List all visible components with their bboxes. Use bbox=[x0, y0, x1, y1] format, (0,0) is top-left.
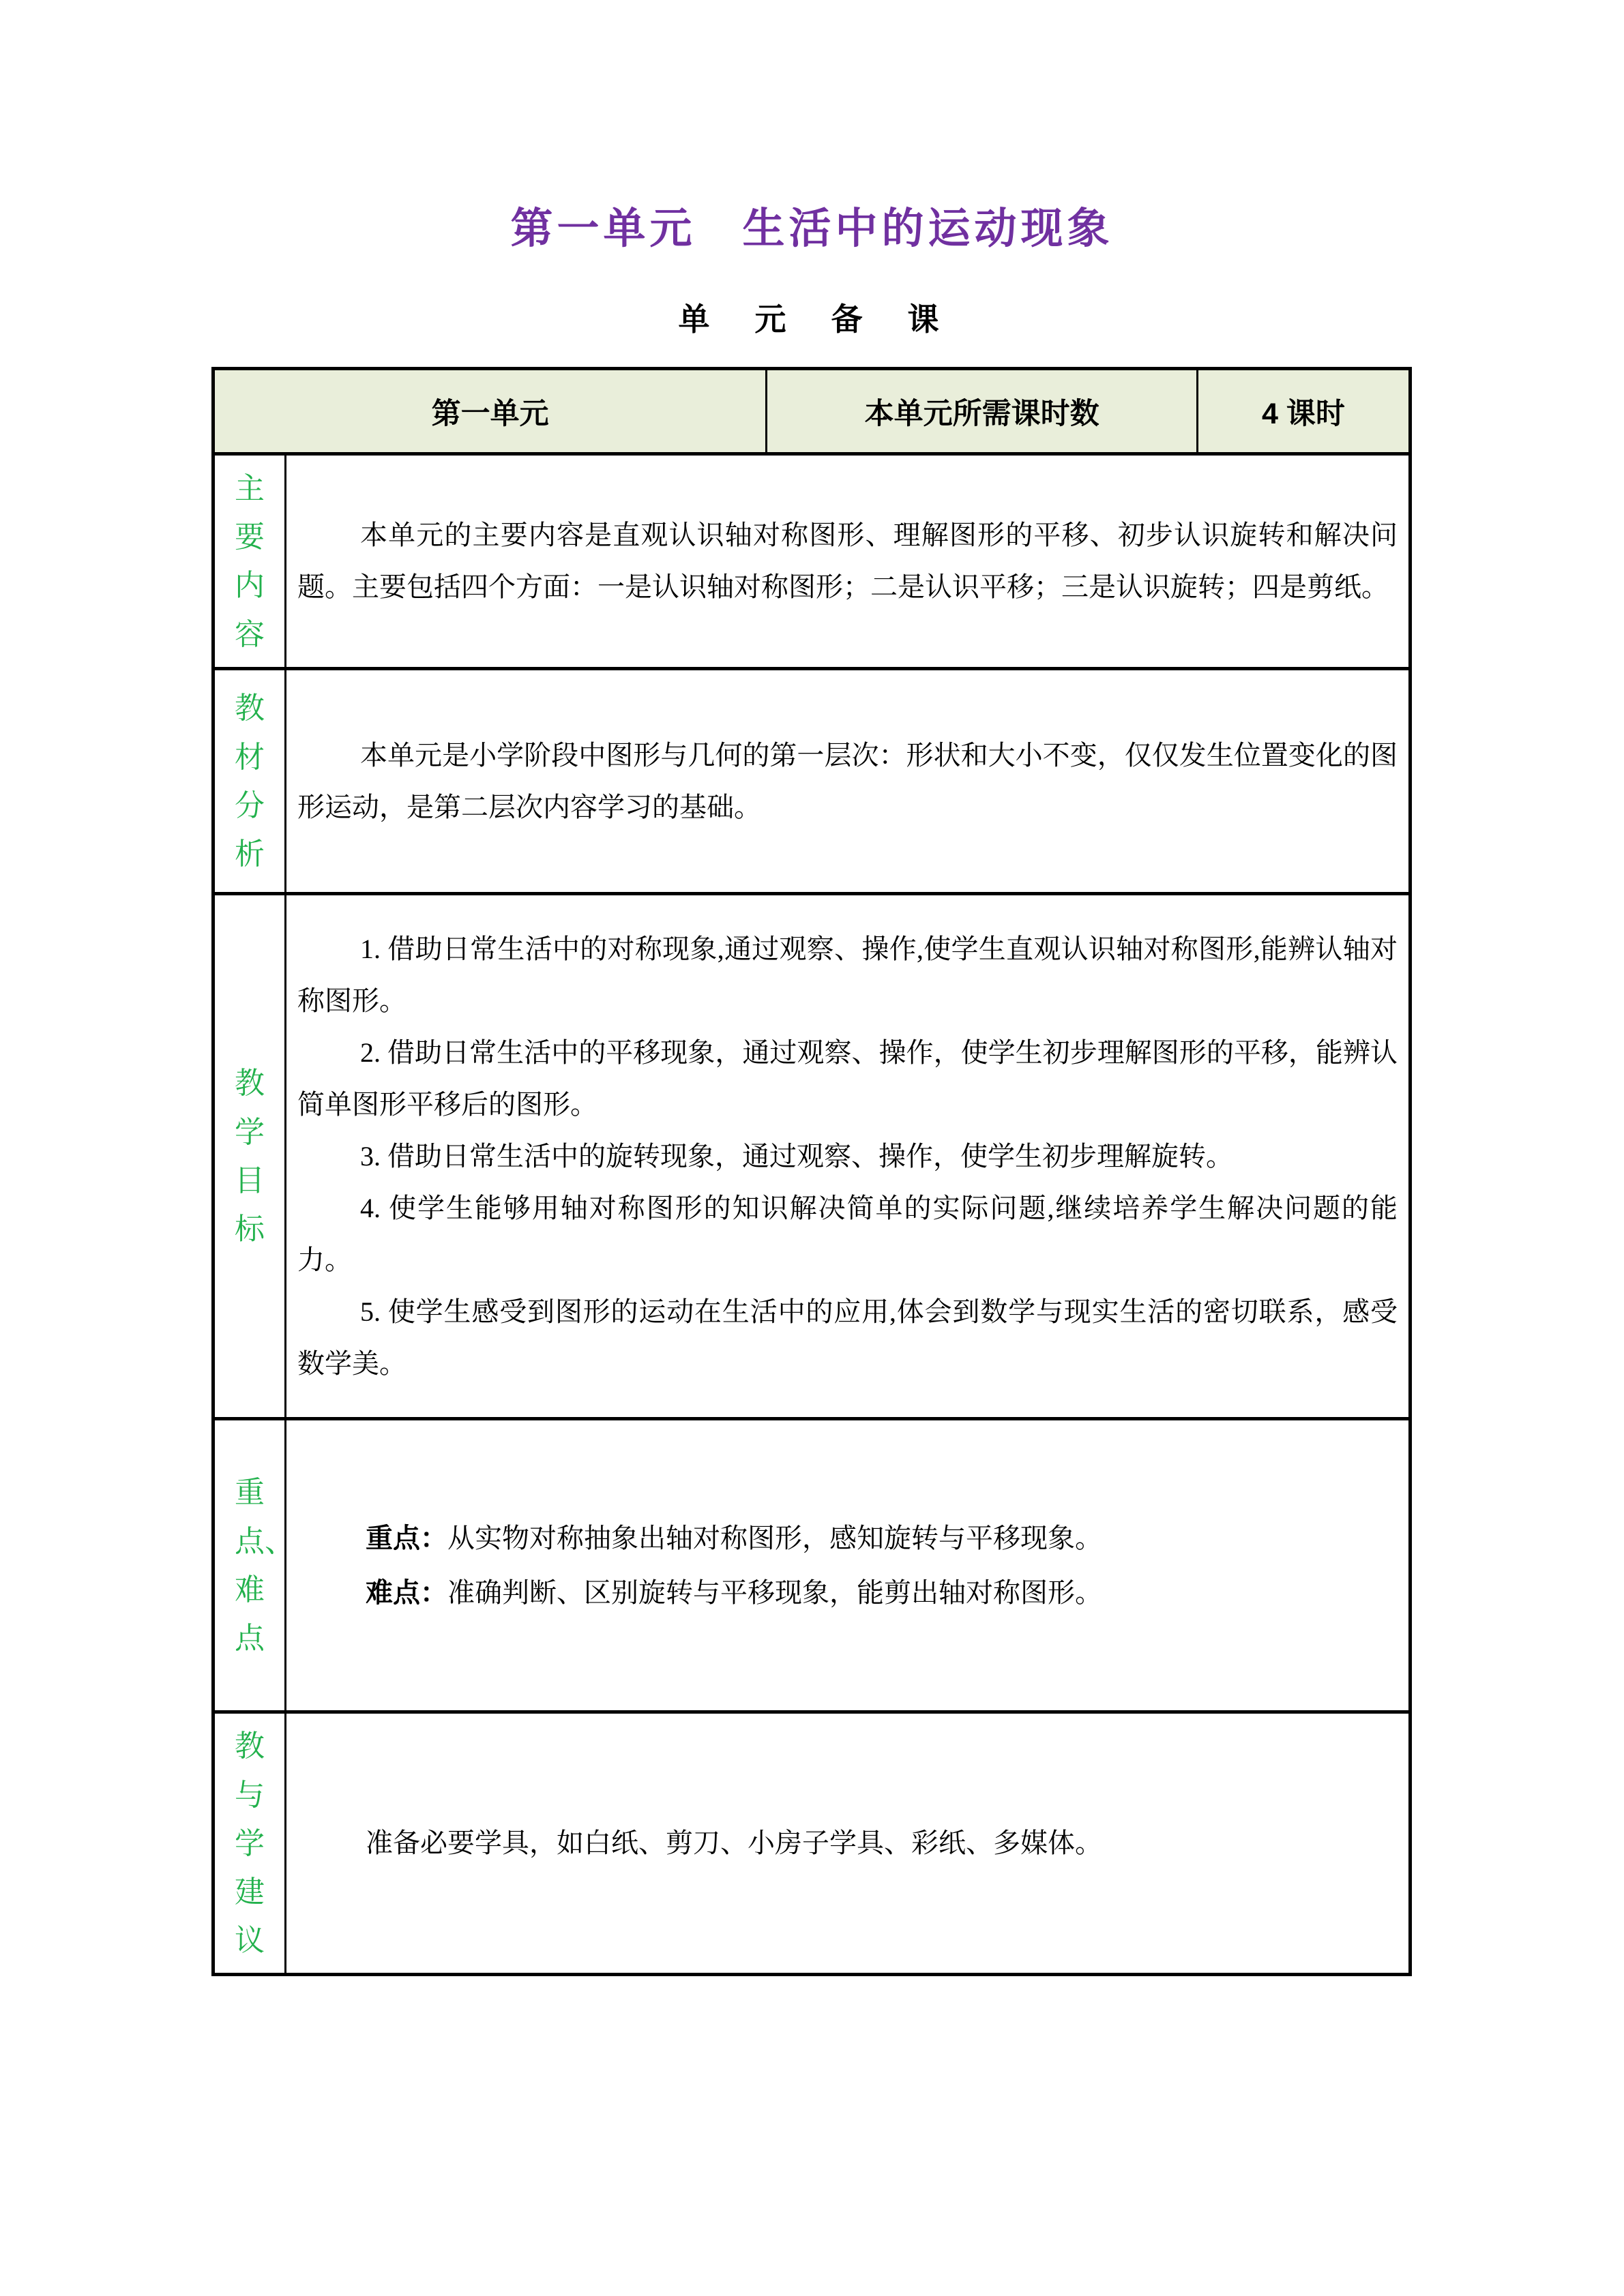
row-content-teaching-suggestions: 准备必要学具，如白纸、剪刀、小房子学具、彩纸、多媒体。 bbox=[286, 1714, 1408, 1973]
paragraph: 本单元的主要内容是直观认识轴对称图形、理解图形的平移、初步认识旋转和解决问题。主… bbox=[297, 509, 1398, 613]
goal-item-4: 4. 使学生能够用轴对称图形的知识解决简单的实际问题,继续培养学生解决问题的能力… bbox=[297, 1182, 1398, 1286]
paragraph: 本单元是小学阶段中图形与几何的第一层次：形状和大小不变，仅仅发生位置变化的图形运… bbox=[297, 730, 1398, 833]
row-content-teaching-goals: 1. 借助日常生活中的对称现象,通过观察、操作,使学生直观认识轴对称图形,能辨认… bbox=[286, 895, 1408, 1417]
row-label-text: 教学目标 bbox=[235, 1059, 265, 1253]
difficult-point-prefix: 难点： bbox=[366, 1578, 447, 1608]
unit-plan-table: 第一单元 本单元所需课时数 4 课时 主要内容 本单元的主要内容是直观认识轴对称… bbox=[211, 367, 1412, 1976]
row-label-teaching-suggestions: 教与学建议 bbox=[215, 1714, 286, 1973]
row-label-text: 主要内容 bbox=[235, 464, 265, 659]
table-row-textbook-analysis: 教材分析 本单元是小学阶段中图形与几何的第一层次：形状和大小不变，仅仅发生位置变… bbox=[215, 670, 1408, 895]
table-row-key-difficult-points: 重点、难点 重点：从实物对称抽象出轴对称图形，感知旋转与平移现象。 难点：准确判… bbox=[215, 1420, 1408, 1714]
page-title: 第一单元 生活中的运动现象 bbox=[0, 205, 1624, 253]
key-point-line: 重点：从实物对称抽象出轴对称图形，感知旋转与平移现象。 bbox=[297, 1511, 1398, 1566]
header-cell-hours-value: 4 课时 bbox=[1198, 370, 1408, 452]
page-subtitle: 单 元 备 课 bbox=[0, 301, 1624, 338]
suggestion-text: 准备必要学具，如白纸、剪刀、小房子学具、彩纸、多媒体。 bbox=[297, 1817, 1398, 1869]
difficult-point-line: 难点：准确判断、区别旋转与平移现象，能剪出轴对称图形。 bbox=[297, 1566, 1398, 1620]
row-content-key-difficult-points: 重点：从实物对称抽象出轴对称图形，感知旋转与平移现象。 难点：准确判断、区别旋转… bbox=[286, 1420, 1408, 1710]
row-label-text: 教与学建议 bbox=[235, 1722, 265, 1965]
key-point-prefix: 重点： bbox=[366, 1523, 447, 1553]
goal-item-1: 1. 借助日常生活中的对称现象,通过观察、操作,使学生直观认识轴对称图形,能辨认… bbox=[297, 923, 1398, 1027]
table-row-teaching-goals: 教学目标 1. 借助日常生活中的对称现象,通过观察、操作,使学生直观认识轴对称图… bbox=[215, 895, 1408, 1420]
goal-item-3: 3. 借助日常生活中的旋转现象，通过观察、操作，使学生初步理解旋转。 bbox=[297, 1131, 1398, 1182]
row-content-main-content: 本单元的主要内容是直观认识轴对称图形、理解图形的平移、初步认识旋转和解决问题。主… bbox=[286, 456, 1408, 667]
row-label-text: 重点、难点 bbox=[235, 1468, 265, 1663]
row-label-text: 教材分析 bbox=[235, 684, 265, 878]
row-label-textbook-analysis: 教材分析 bbox=[215, 670, 286, 892]
row-label-teaching-goals: 教学目标 bbox=[215, 895, 286, 1417]
goal-item-5: 5. 使学生感受到图形的运动在生活中的应用,体会到数学与现实生活的密切联系，感受… bbox=[297, 1286, 1398, 1390]
table-header-row: 第一单元 本单元所需课时数 4 课时 bbox=[215, 370, 1408, 456]
header-cell-unit: 第一单元 bbox=[215, 370, 767, 452]
table-row-teaching-suggestions: 教与学建议 准备必要学具，如白纸、剪刀、小房子学具、彩纸、多媒体。 bbox=[215, 1714, 1408, 1973]
header-cell-hours-label: 本单元所需课时数 bbox=[767, 370, 1198, 452]
row-label-key-difficult-points: 重点、难点 bbox=[215, 1420, 286, 1710]
difficult-point-text: 准确判断、区别旋转与平移现象，能剪出轴对称图形。 bbox=[447, 1577, 1102, 1608]
key-point-text: 从实物对称抽象出轴对称图形，感知旋转与平移现象。 bbox=[447, 1523, 1102, 1553]
goal-item-2: 2. 借助日常生活中的平移现象，通过观察、操作，使学生初步理解图形的平移，能辨认… bbox=[297, 1027, 1398, 1131]
document-page: 第一单元 生活中的运动现象 单 元 备 课 第一单元 本单元所需课时数 4 课时… bbox=[0, 0, 1624, 2296]
table-row-main-content: 主要内容 本单元的主要内容是直观认识轴对称图形、理解图形的平移、初步认识旋转和解… bbox=[215, 456, 1408, 670]
row-label-main-content: 主要内容 bbox=[215, 456, 286, 667]
row-content-textbook-analysis: 本单元是小学阶段中图形与几何的第一层次：形状和大小不变，仅仅发生位置变化的图形运… bbox=[286, 670, 1408, 892]
